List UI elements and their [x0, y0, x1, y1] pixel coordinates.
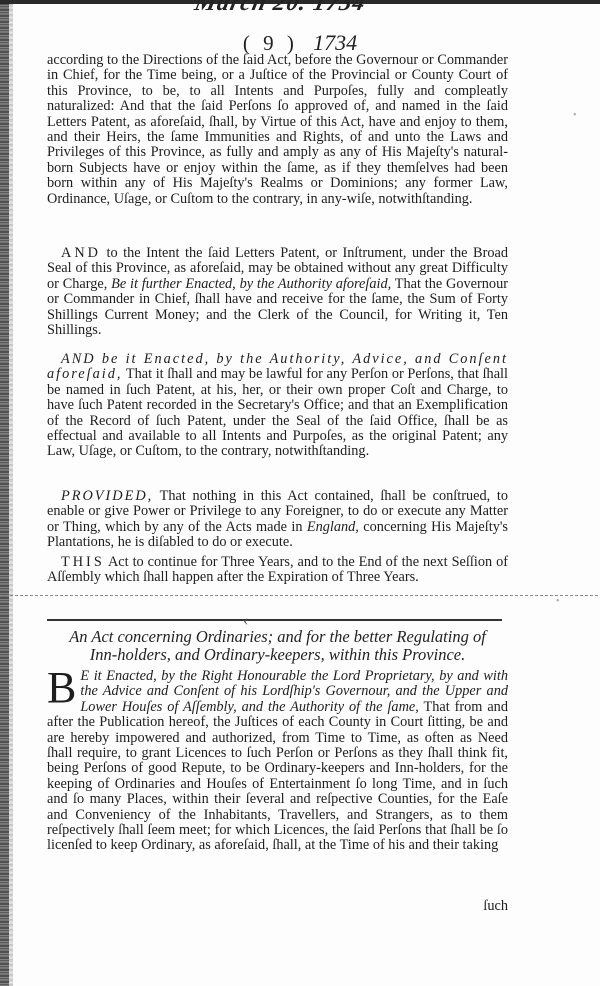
- drop-cap: B: [47, 670, 76, 706]
- act-title-line-2: Inn-holders, and Ordinary-keepers, withi…: [47, 646, 508, 664]
- margin-speck: •: [556, 596, 560, 607]
- section-divider-rule: [47, 619, 502, 621]
- paragraph-lead: AND: [61, 245, 101, 261]
- scan-page-gutter: [9, 0, 13, 986]
- paragraph-ordinaries-licences: BE it Enacted, by the Right Honourable t…: [47, 669, 508, 854]
- paragraph-text: Act to continue for Three Years, and to …: [47, 554, 508, 585]
- scan-left-edge: [0, 0, 9, 986]
- paragraph-duration: THIS Act to continue for Three Years, an…: [47, 555, 508, 586]
- paragraph-proviso: PROVIDED, That nothing in this Act conta…: [47, 489, 508, 551]
- italic-place-name: England,: [307, 519, 359, 535]
- act-title: An Act concerning Ordinaries; and for th…: [47, 628, 508, 664]
- paragraph-lead: THIS: [61, 554, 105, 570]
- paragraph-letters-patent-fees: AND to the Intent the ſaid Letters Paten…: [47, 246, 508, 338]
- paragraph-text: That from and after the Publication here…: [47, 699, 508, 854]
- paragraph-text: according to the Directions of the ſaid …: [47, 52, 508, 207]
- act-title-line-1: An Act concerning Ordinaries; and for th…: [47, 628, 508, 646]
- scan-fold-line: [0, 595, 600, 596]
- margin-speck: •: [573, 110, 577, 121]
- catchword: ſuch: [47, 898, 508, 915]
- paragraph-recording-patent: AND be it Enacted, by the Authority, Adv…: [47, 352, 508, 460]
- handwritten-header: March 20. 1734: [192, 0, 368, 17]
- enacting-clause: Be it further Enacted, by the Authority …: [111, 276, 391, 292]
- paragraph-naturalization: according to the Directions of the ſaid …: [47, 53, 508, 207]
- paragraph-lead: PROVIDED,: [61, 488, 153, 504]
